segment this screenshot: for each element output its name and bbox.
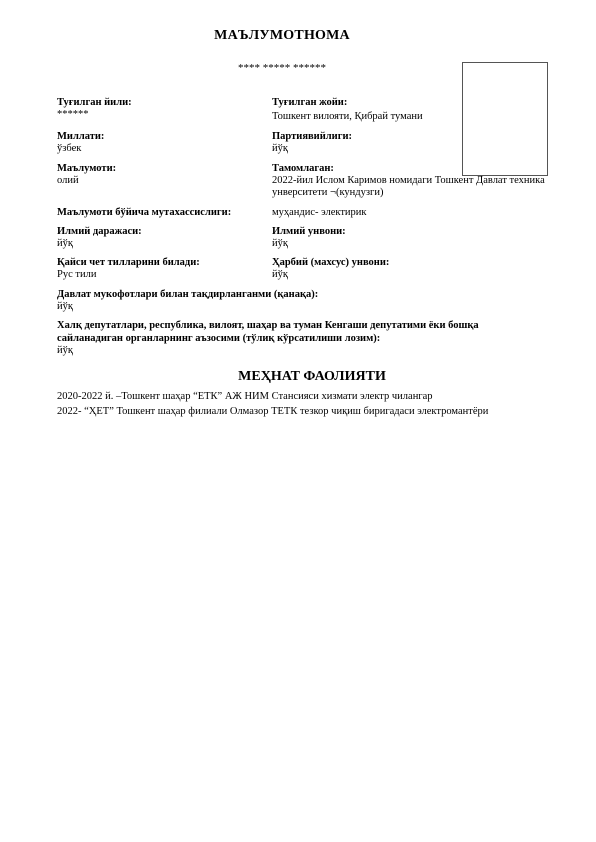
work-section-title: МЕҲНАТ ФАОЛИЯТИ [0, 369, 596, 385]
nationality-label: Миллати: [57, 131, 104, 143]
academic-title-label: Илмий унвони: [272, 226, 346, 238]
education-label: Маълумоти: [57, 163, 116, 175]
graduated-value-line2: унверситети ¬(кундузги) [272, 187, 383, 199]
military-rank-value: йўқ [272, 269, 288, 281]
birth-year-value: ****** [57, 109, 89, 121]
education-value: олий [57, 175, 79, 187]
academic-degree-value: йўқ [57, 238, 73, 250]
military-rank-label: Ҳарбий (махсус) унвони: [272, 257, 389, 269]
birth-place-label: Туғилган жойи: [272, 97, 347, 109]
birth-place-value: Тошкент вилояти, Қибрай тумани [272, 111, 423, 123]
document-title: МАЪЛУМОТНОМА [0, 28, 564, 44]
languages-value: Рус тили [57, 269, 96, 281]
specialty-value: муҳандис- электирик [272, 207, 367, 219]
photo-frame [462, 62, 548, 176]
deputy-label-line2: сайланадиган органларнинг аъзосими (тўли… [57, 333, 380, 345]
academic-title-value: йўқ [272, 238, 288, 250]
deputy-label-line1: Халқ депутатлари, республика, вилоят, ша… [57, 320, 479, 332]
nationality-value: ўзбек [57, 143, 81, 155]
state-awards-value: йўқ [57, 301, 73, 313]
languages-label: Қайси чет тилларини билади: [57, 257, 200, 269]
party-value: йўқ [272, 143, 288, 155]
party-label: Партиявийлиги: [272, 131, 352, 143]
birth-year-label: Туғилган йили: [57, 97, 132, 109]
work-entry: 2022- “ҲЕТ” Тошкент шаҳар филиали Олмазо… [57, 406, 488, 418]
specialty-label: Маълумоти бўйича мутахассислиги: [57, 207, 231, 219]
graduated-label: Тамомлаган: [272, 163, 334, 175]
work-entry: 2020-2022 й. –Тошкент шаҳар “ЕТК” АЖ НИМ… [57, 391, 433, 403]
state-awards-label: Давлат мукофотлари билан тақдирланганми … [57, 289, 318, 301]
academic-degree-label: Илмий даражаси: [57, 226, 142, 238]
deputy-value: йўқ [57, 345, 73, 357]
graduated-value-line1: 2022-йил Ислом Каримов номидаги Тошкент … [272, 175, 545, 187]
